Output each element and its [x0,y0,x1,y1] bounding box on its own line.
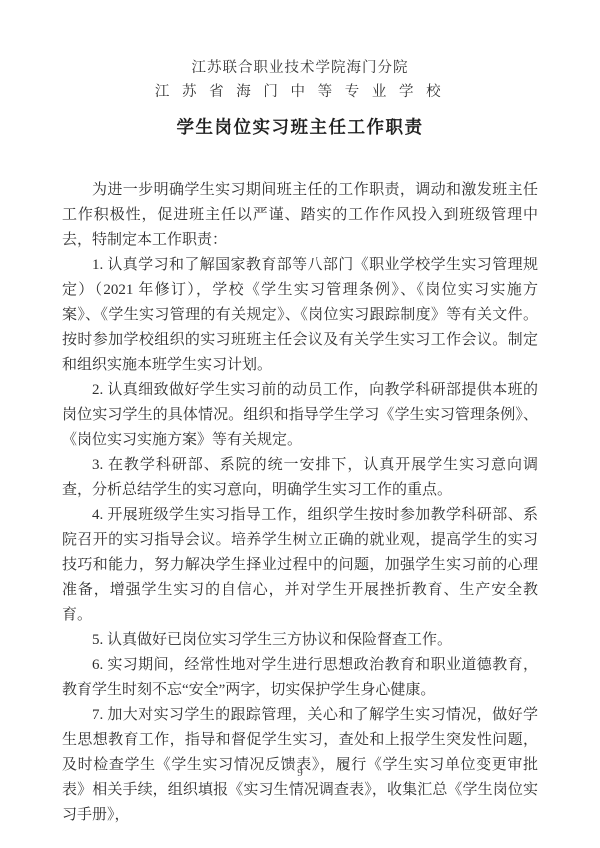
document-page: 江苏联合职业技术学院海门分院 江 苏 省 海 门 中 等 专 业 学 校 学生岗… [0,0,600,848]
duty-item-6: 6. 实习期间，经常性地对学生进行思想政治教育和职业道德教育，教育学生时刻不忘“… [62,653,538,703]
duty-item-4: 4. 开展班级学生实习指导工作，组织学生按时参加教学科研部、系院召开的实习指导会… [62,503,538,628]
document-title: 学生岗位实习班主任工作职责 [0,116,600,138]
duty-item-3: 3. 在教学科研部、系院的统一安排下，认真开展学生实习意向调查，分析总结学生的实… [62,453,538,503]
duty-item-7: 7. 加大对实习学生的跟踪管理，关心和了解学生实习情况，做好学生思想教育工作，指… [62,703,538,828]
duty-item-2: 2. 认真细致做好学生实习前的动员工作，向教学科研部提供本班的岗位实习学生的具体… [62,378,538,453]
document-body: 为进一步明确学生实习期间班主任的工作职责，调动和激发班主任工作积极性，促进班主任… [62,178,538,828]
institution-name-line1: 江苏联合职业技术学院海门分院 [0,59,600,77]
institution-name-line2: 江 苏 省 海 门 中 等 专 业 学 校 [0,83,600,101]
document-header: 江苏联合职业技术学院海门分院 江 苏 省 海 门 中 等 专 业 学 校 [0,0,600,101]
page-number: 9 [0,767,600,779]
intro-paragraph: 为进一步明确学生实习期间班主任的工作职责，调动和激发班主任工作积极性，促进班主任… [62,178,538,253]
duty-item-5: 5. 认真做好已岗位实习学生三方协议和保险督查工作。 [62,628,538,653]
duty-item-1: 1. 认真学习和了解国家教育部等八部门《职业学校学生实习管理规定）（2021 年… [62,253,538,378]
